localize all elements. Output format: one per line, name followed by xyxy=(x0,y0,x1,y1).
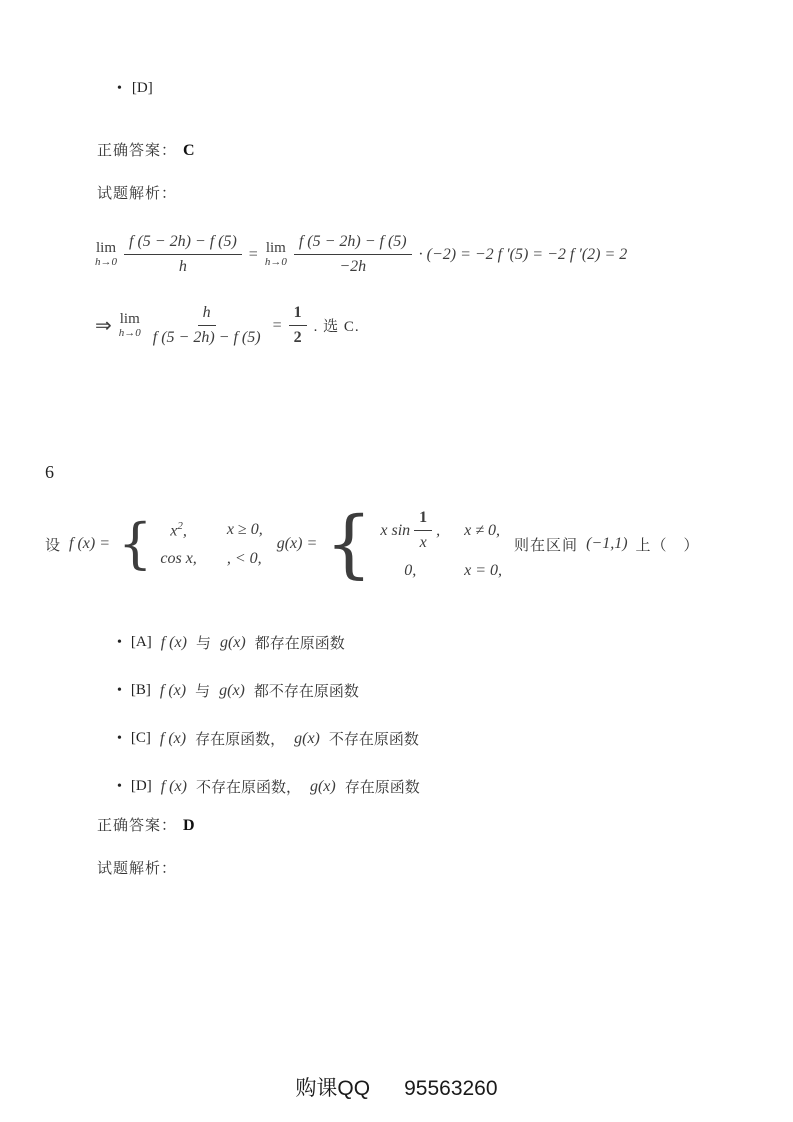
bullet-icon: • xyxy=(117,82,122,96)
f-expression: f (x) xyxy=(160,682,186,700)
stem-prefix: 设 xyxy=(45,534,61,555)
f-row1-value: x2, xyxy=(160,520,196,540)
footer-label: 购课QQ xyxy=(295,1077,370,1100)
fraction-denominator: f (5 − 2h) − f (5) xyxy=(148,326,266,348)
fraction-numerator: h xyxy=(198,303,216,326)
option-label: [D] xyxy=(131,778,152,795)
fraction: 1 2 xyxy=(289,303,307,348)
f-expression: f (x) xyxy=(161,634,187,652)
limit-formula-2: ⇒ lim h→0 h f (5 − 2h) − f (5) = 1 2 . 选… xyxy=(95,303,360,348)
f-piecewise-rows: x2, x ≥ 0, cos x, , < 0, xyxy=(160,520,262,567)
option-label: [C] xyxy=(131,730,151,747)
f-expression: f (x) xyxy=(160,730,186,748)
fraction-denominator: −2h xyxy=(334,255,371,277)
answer-line: 正确答案：D xyxy=(97,814,195,835)
fraction-numerator: f (5 − 2h) − f (5) xyxy=(124,232,242,255)
g-row1-value: x sin 1 x , xyxy=(380,508,440,553)
g-row2-value: 0, xyxy=(380,562,440,580)
fraction: f (5 − 2h) − f (5) h xyxy=(124,232,242,277)
fraction: h f (5 − 2h) − f (5) xyxy=(148,303,266,348)
stem-suffix: 上（ ） xyxy=(636,534,700,555)
option-c: • [C] f (x) 存在原函数， g(x) 不存在原函数 xyxy=(117,728,420,749)
fraction-numerator: f (5 − 2h) − f (5) xyxy=(294,232,412,255)
footer-qq-number: 95563260 xyxy=(404,1077,497,1100)
g-expression: g(x) xyxy=(220,634,246,652)
limit-operator: lim h→0 xyxy=(95,241,117,268)
prev-answer-line: 正确答案：C xyxy=(97,139,195,160)
limit-operator: lim h→0 xyxy=(119,312,141,339)
f-row2-value: cos x, xyxy=(160,550,196,568)
option-d: • [D] f (x) 不存在原函数， g(x) 存在原函数 xyxy=(117,776,420,797)
option-label: [D] xyxy=(132,80,153,97)
correct-answer-label: 正确答案： xyxy=(97,143,177,159)
analysis-line: 试题解析： xyxy=(97,857,177,878)
question-number: 6 xyxy=(45,462,54,483)
f-definition-lhs: f (x) = xyxy=(69,535,110,553)
analysis-label: 试题解析： xyxy=(97,186,177,202)
left-brace-icon: { xyxy=(118,520,152,569)
limit-operator: lim h→0 xyxy=(265,241,287,268)
fraction-numerator: 1 xyxy=(289,303,307,326)
footer: 购课QQ95563260 xyxy=(0,1072,793,1102)
equals-sign: = xyxy=(273,317,282,335)
fraction-denominator: 2 xyxy=(289,326,307,348)
formula-tail: · (−2) = −2 f ′(5) = −2 f ′(2) = 2 xyxy=(419,246,628,264)
g-expression: g(x) xyxy=(219,682,245,700)
bullet-icon: • xyxy=(117,732,122,746)
analysis-label: 试题解析： xyxy=(97,861,177,877)
f-row2-condition: , < 0, xyxy=(227,550,263,568)
correct-answer-label: 正确答案： xyxy=(97,818,177,834)
bullet-icon: • xyxy=(117,684,122,698)
question-stem: 设 f (x) = { x2, x ≥ 0, cos x, , < 0, g(x… xyxy=(45,508,700,580)
formula-tail: . 选 C. xyxy=(314,315,360,336)
g-row1-condition: x ≠ 0, xyxy=(464,522,502,540)
bullet-icon: • xyxy=(117,780,122,794)
equals-sign: = xyxy=(249,246,258,264)
f-row1-condition: x ≥ 0, xyxy=(227,521,263,539)
document-page: • [D] 正确答案：C 试题解析： lim h→0 f (5 − 2h) − … xyxy=(0,0,793,1122)
f-expression: f (x) xyxy=(161,778,187,796)
fraction-numerator: 1 xyxy=(414,508,432,531)
option-label: [B] xyxy=(131,682,151,699)
implies-arrow-icon: ⇒ xyxy=(95,313,112,338)
options-list: • [A] f (x) 与 g(x) 都存在原函数 • [B] f (x) 与 … xyxy=(117,632,420,797)
interval-text: (−1,1) xyxy=(586,535,627,553)
prev-analysis-line: 试题解析： xyxy=(97,182,177,203)
g-definition-lhs: g(x) = xyxy=(277,535,318,553)
option-b: • [B] f (x) 与 g(x) 都不存在原函数 xyxy=(117,680,420,701)
g-row2-condition: x = 0, xyxy=(464,562,502,580)
correct-answer-value: C xyxy=(183,142,195,159)
fraction: f (5 − 2h) − f (5) −2h xyxy=(294,232,412,277)
option-label: [A] xyxy=(131,634,152,651)
stem-mid: 则在区间 xyxy=(514,534,578,555)
bullet-icon: • xyxy=(117,636,122,650)
fraction-denominator: h xyxy=(174,255,192,277)
option-a: • [A] f (x) 与 g(x) 都存在原函数 xyxy=(117,632,420,653)
g-expression: g(x) xyxy=(294,730,320,748)
fraction-denominator: x xyxy=(415,531,432,553)
fraction: 1 x xyxy=(414,508,432,553)
g-piecewise-rows: x sin 1 x , x ≠ 0, 0, x = 0, xyxy=(380,508,502,580)
g-expression: g(x) xyxy=(310,778,336,796)
left-brace-icon: { xyxy=(325,511,372,578)
correct-answer-value: D xyxy=(183,817,195,834)
prev-option-d: • [D] xyxy=(117,80,153,97)
limit-formula-1: lim h→0 f (5 − 2h) − f (5) h = lim h→0 f… xyxy=(95,232,627,277)
